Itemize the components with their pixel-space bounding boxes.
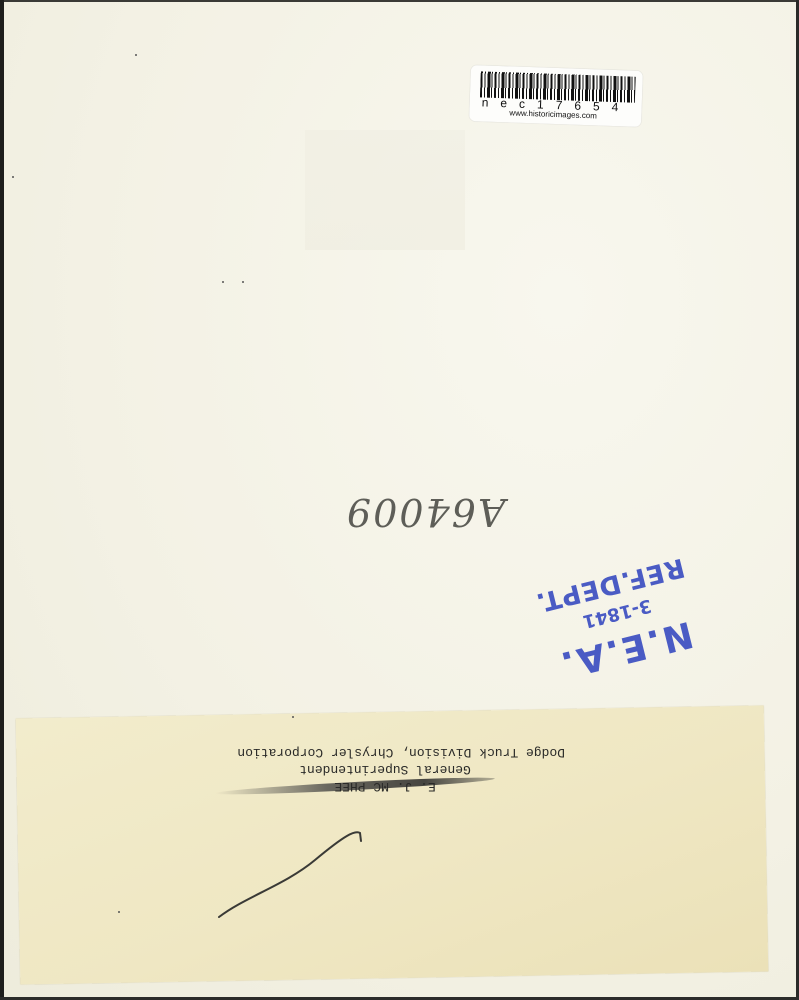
ref-dept-stamp: N.E.A. 3-1841 REF.DEPT. (511, 515, 720, 694)
caption-title: General Superintendent (205, 761, 565, 778)
photo-back-page: nec17654 www.historicimages.com A64009 N… (0, 0, 799, 1000)
dust-speck (222, 281, 224, 283)
dust-speck (12, 176, 14, 178)
bleed-through-ghost (305, 130, 465, 250)
caption-organization: Dodge Truck Division, Chrysler Corporati… (205, 744, 565, 761)
caption-name: E. J. MC PHEE (205, 778, 565, 795)
handwritten-reference: A64009 (345, 490, 505, 534)
pen-stroke-icon (215, 825, 365, 920)
barcode-url: www.historicimages.com (509, 108, 597, 120)
caption-text: E. J. MC PHEE General Superintendent Dod… (205, 744, 565, 795)
dust-speck (292, 716, 294, 718)
dust-speck (135, 54, 137, 56)
dust-speck (118, 911, 120, 913)
left-border (0, 0, 4, 1000)
barcode-label: nec17654 www.historicimages.com (469, 65, 643, 127)
dust-speck (242, 281, 244, 283)
top-border (0, 0, 799, 2)
